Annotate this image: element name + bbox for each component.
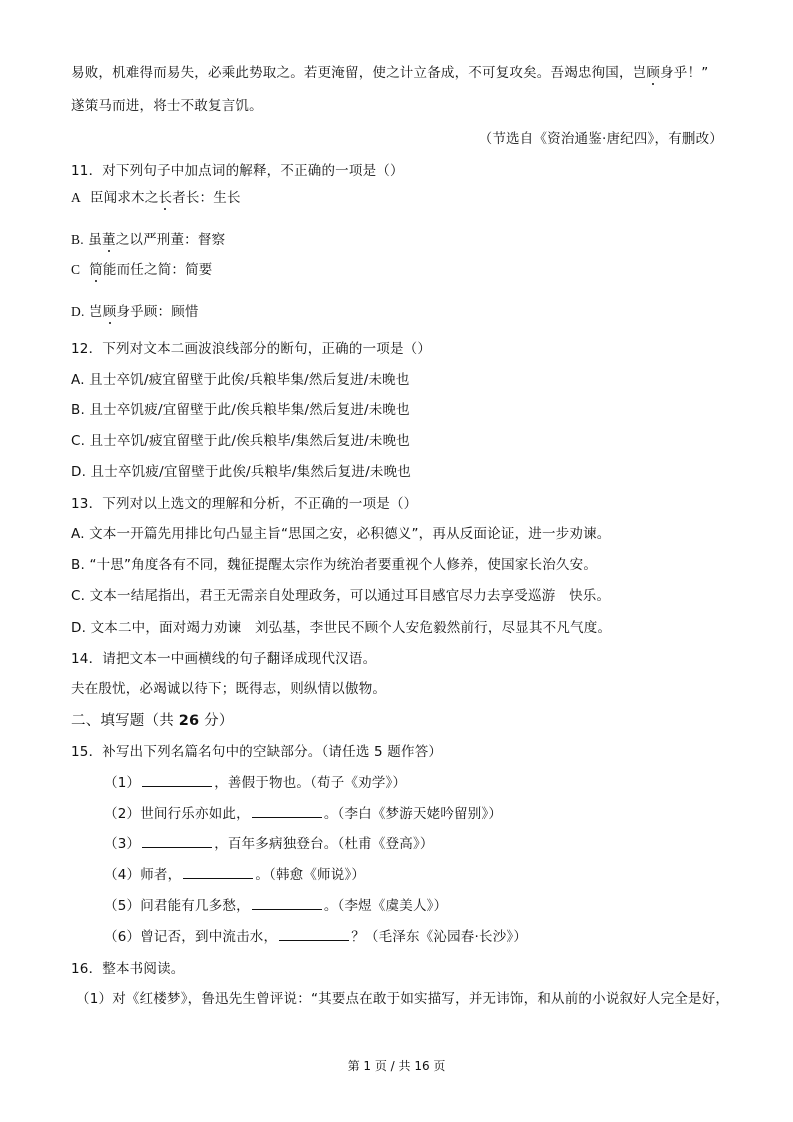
q13-option-b: B. “十思”角度各有不同，魏征提醒太宗作为统治者要重视个人修养，使国家长治久安…	[71, 556, 597, 574]
option-text: 虽	[88, 232, 102, 248]
passage-text: 易败，机难得而易失，必乘此势取之。若更淹留，使之计立备成，不可复攻矣。吾竭忠徇国…	[71, 65, 646, 81]
q11-stem: 11．对下列句子中加点词的解释，不正确的一项是（）	[71, 162, 404, 180]
q15-item-6: （6）曾记否，到中流击水，？（毛泽东《沁园春·长沙》）	[104, 928, 527, 946]
item-text: 问君能有几多愁，	[140, 898, 250, 914]
q12-stem: 12．下列对文本二画波浪线部分的断句，正确的一项是（）	[71, 340, 431, 358]
option-label: A	[71, 190, 81, 205]
emphasis-char: 顾	[103, 304, 117, 320]
q14-stem: 14．请把文本一中画横线的句子翻译成现代汉语。	[71, 650, 376, 668]
item-text: 。（韩愈《师说》）	[255, 867, 365, 883]
q11-option-a: A 臣闻求木之长者长：生长	[71, 189, 241, 207]
answer-blank[interactable]	[252, 805, 322, 818]
q15-item-4: （4）师者，。（韩愈《师说》）	[104, 866, 365, 884]
item-text: 曾记否，到中流击水，	[140, 929, 277, 945]
section-title-text: 分）	[199, 713, 233, 729]
item-text: 。（李白《梦游天姥吟留别》）	[324, 806, 502, 822]
q15-stem: 15．补写出下列名篇名句中的空缺部分。（请任选 5 题作答）	[71, 743, 442, 761]
passage-source: （节选自《资治通鉴·唐纪四》，有删改）	[479, 130, 723, 148]
q12-option-c: C. 且士卒饥/疲宜留壁于此/俟兵粮毕/集然后复进/未晚也	[71, 432, 410, 450]
answer-blank[interactable]	[279, 928, 349, 941]
q12-option-b: B. 且士卒饥疲/宜留壁于此/俟兵粮毕集/然后复进/未晚也	[71, 401, 410, 419]
answer-blank[interactable]	[252, 897, 322, 910]
emphasis-char: 董	[102, 232, 116, 248]
section-title-text: 二、填写题（共	[71, 713, 179, 729]
item-number: （2）	[104, 806, 140, 822]
emphasis-char: 顾	[646, 65, 660, 81]
q15-item-3: （3），百年多病独登台。（杜甫《登高》）	[104, 835, 434, 853]
item-text: ，百年多病独登台。（杜甫《登高》）	[214, 836, 433, 852]
item-text: ，善假于物也。（荀子《劝学》）	[214, 775, 406, 791]
passage-text: 身乎！”	[660, 65, 708, 81]
option-text: 臣闻求木之	[90, 190, 159, 206]
passage-line-1: 易败，机难得而易失，必乘此势取之。若更淹留，使之计立备成，不可复攻矣。吾竭忠徇国…	[71, 64, 708, 82]
passage-line-2: 遂策马而进，将士不敢复言饥。	[71, 97, 263, 115]
q12-option-d: D. 且士卒饥疲/宜留壁于此俟/兵粮毕/集然后复进/未晚也	[71, 463, 411, 481]
option-text: 之以严刑董：督察	[116, 232, 226, 248]
option-label: B.	[71, 232, 84, 247]
item-number: （3）	[104, 836, 140, 852]
option-text: 者长：生长	[172, 190, 241, 206]
item-number: （1）	[104, 775, 140, 791]
q13-option-d: D. 文本二中，面对竭力劝谏 刘弘基，李世民不顾个人安危毅然前行，尽显其不凡气度…	[71, 619, 611, 637]
q13-option-a: A. 文本一开篇先用排比句凸显主旨“思国之安，必积德义”，再从反面论证，进一步劝…	[71, 525, 610, 543]
emphasis-char: 简	[89, 262, 103, 278]
q16-stem: 16．整本书阅读。	[71, 960, 184, 978]
section-score: 26	[179, 713, 200, 729]
q13-option-c: C. 文本一结尾指出，君王无需亲自处理政务，可以通过耳目感官尽力去享受巡游 快乐…	[71, 587, 610, 605]
q16-part-1: （1）对《红楼梦》，鲁迅先生曾评说：“其要点在敢于如实描写，并无讳饰，和从前的小…	[76, 990, 729, 1008]
answer-blank[interactable]	[142, 835, 212, 848]
item-number: （6）	[104, 929, 140, 945]
section-2-title: 二、填写题（共 26 分）	[71, 712, 234, 730]
q14-sentence: 夫在殷忧，必竭诚以待下；既得志，则纵情以傲物。	[71, 680, 386, 698]
q13-stem: 13．下列对以上选文的理解和分析，不正确的一项是（）	[71, 495, 417, 513]
option-text: 能而任之简：简要	[103, 262, 213, 278]
q15-item-2: （2）世间行乐亦如此，。（李白《梦游天姥吟留别》）	[104, 805, 502, 823]
item-number: （4）	[104, 867, 140, 883]
option-text: 身乎顾：顾惜	[116, 304, 198, 320]
item-text: 。（李煜《虞美人》）	[324, 898, 448, 914]
answer-blank[interactable]	[183, 866, 253, 879]
item-number: （5）	[104, 898, 140, 914]
q11-option-b: B. 虽董之以严刑董：督察	[71, 231, 225, 249]
option-text: 岂	[89, 304, 103, 320]
q15-item-5: （5）问君能有几多愁，。（李煜《虞美人》）	[104, 897, 447, 915]
page-footer: 第 1 页 / 共 16 页	[0, 1057, 793, 1074]
q15-item-1: （1），善假于物也。（荀子《劝学》）	[104, 774, 406, 792]
q11-option-d: D. 岂顾身乎顾：顾惜	[71, 303, 199, 321]
q12-option-a: A. 且士卒饥/疲宜留壁于此俟/兵粮毕集/然后复进/未晚也	[71, 371, 410, 389]
q11-option-c: C 简能而任之简：简要	[71, 261, 213, 279]
option-label: D.	[71, 304, 85, 319]
emphasis-char: 长	[158, 190, 172, 206]
item-text: ？（毛泽东《沁园春·长沙》）	[351, 929, 527, 945]
option-label: C	[71, 262, 80, 277]
item-text: 师者，	[140, 867, 181, 883]
item-text: 世间行乐亦如此，	[140, 806, 250, 822]
answer-blank[interactable]	[142, 774, 212, 787]
